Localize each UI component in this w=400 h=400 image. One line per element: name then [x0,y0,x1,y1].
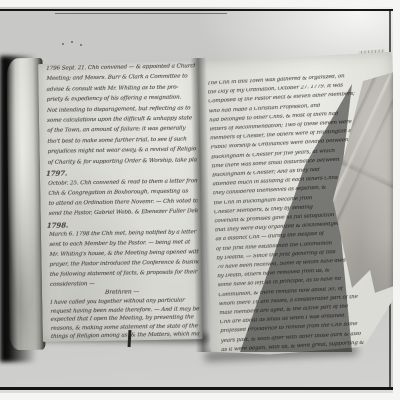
dust-speck [80,44,82,46]
dust-speck [71,41,73,43]
handwritten-line: prejudices might not wear away, & a revi… [47,146,196,158]
photograph-of-manuscript-book: 1796 Sept. 21. Chh convened — & appointe… [0,0,400,400]
photo-border-top [0,0,400,7]
handwritten-line: send the Pastor, Gabriel Webb, & Ebeneze… [48,208,197,220]
handwritten-line: of the Town, an amount of failure; it wa… [47,126,196,138]
handwritten-line: priety & expediency of his offering a re… [46,94,195,106]
left-page: 1796 Sept. 21. Chh convened — & appointe… [38,61,203,342]
photo-border-bottom [0,393,400,400]
top-frame-line [0,9,400,11]
left-page-text: 1796 Sept. 21. Chh convened — & appointe… [38,61,203,342]
top-frame-line-secondary [55,13,227,15]
entry-year-heading: 1797. [46,167,197,179]
dust-speck [62,43,64,45]
handwritten-line: Meeting; and Messrs. Burr & Clark a Comm… [46,74,195,86]
photo-border-right [393,0,400,400]
